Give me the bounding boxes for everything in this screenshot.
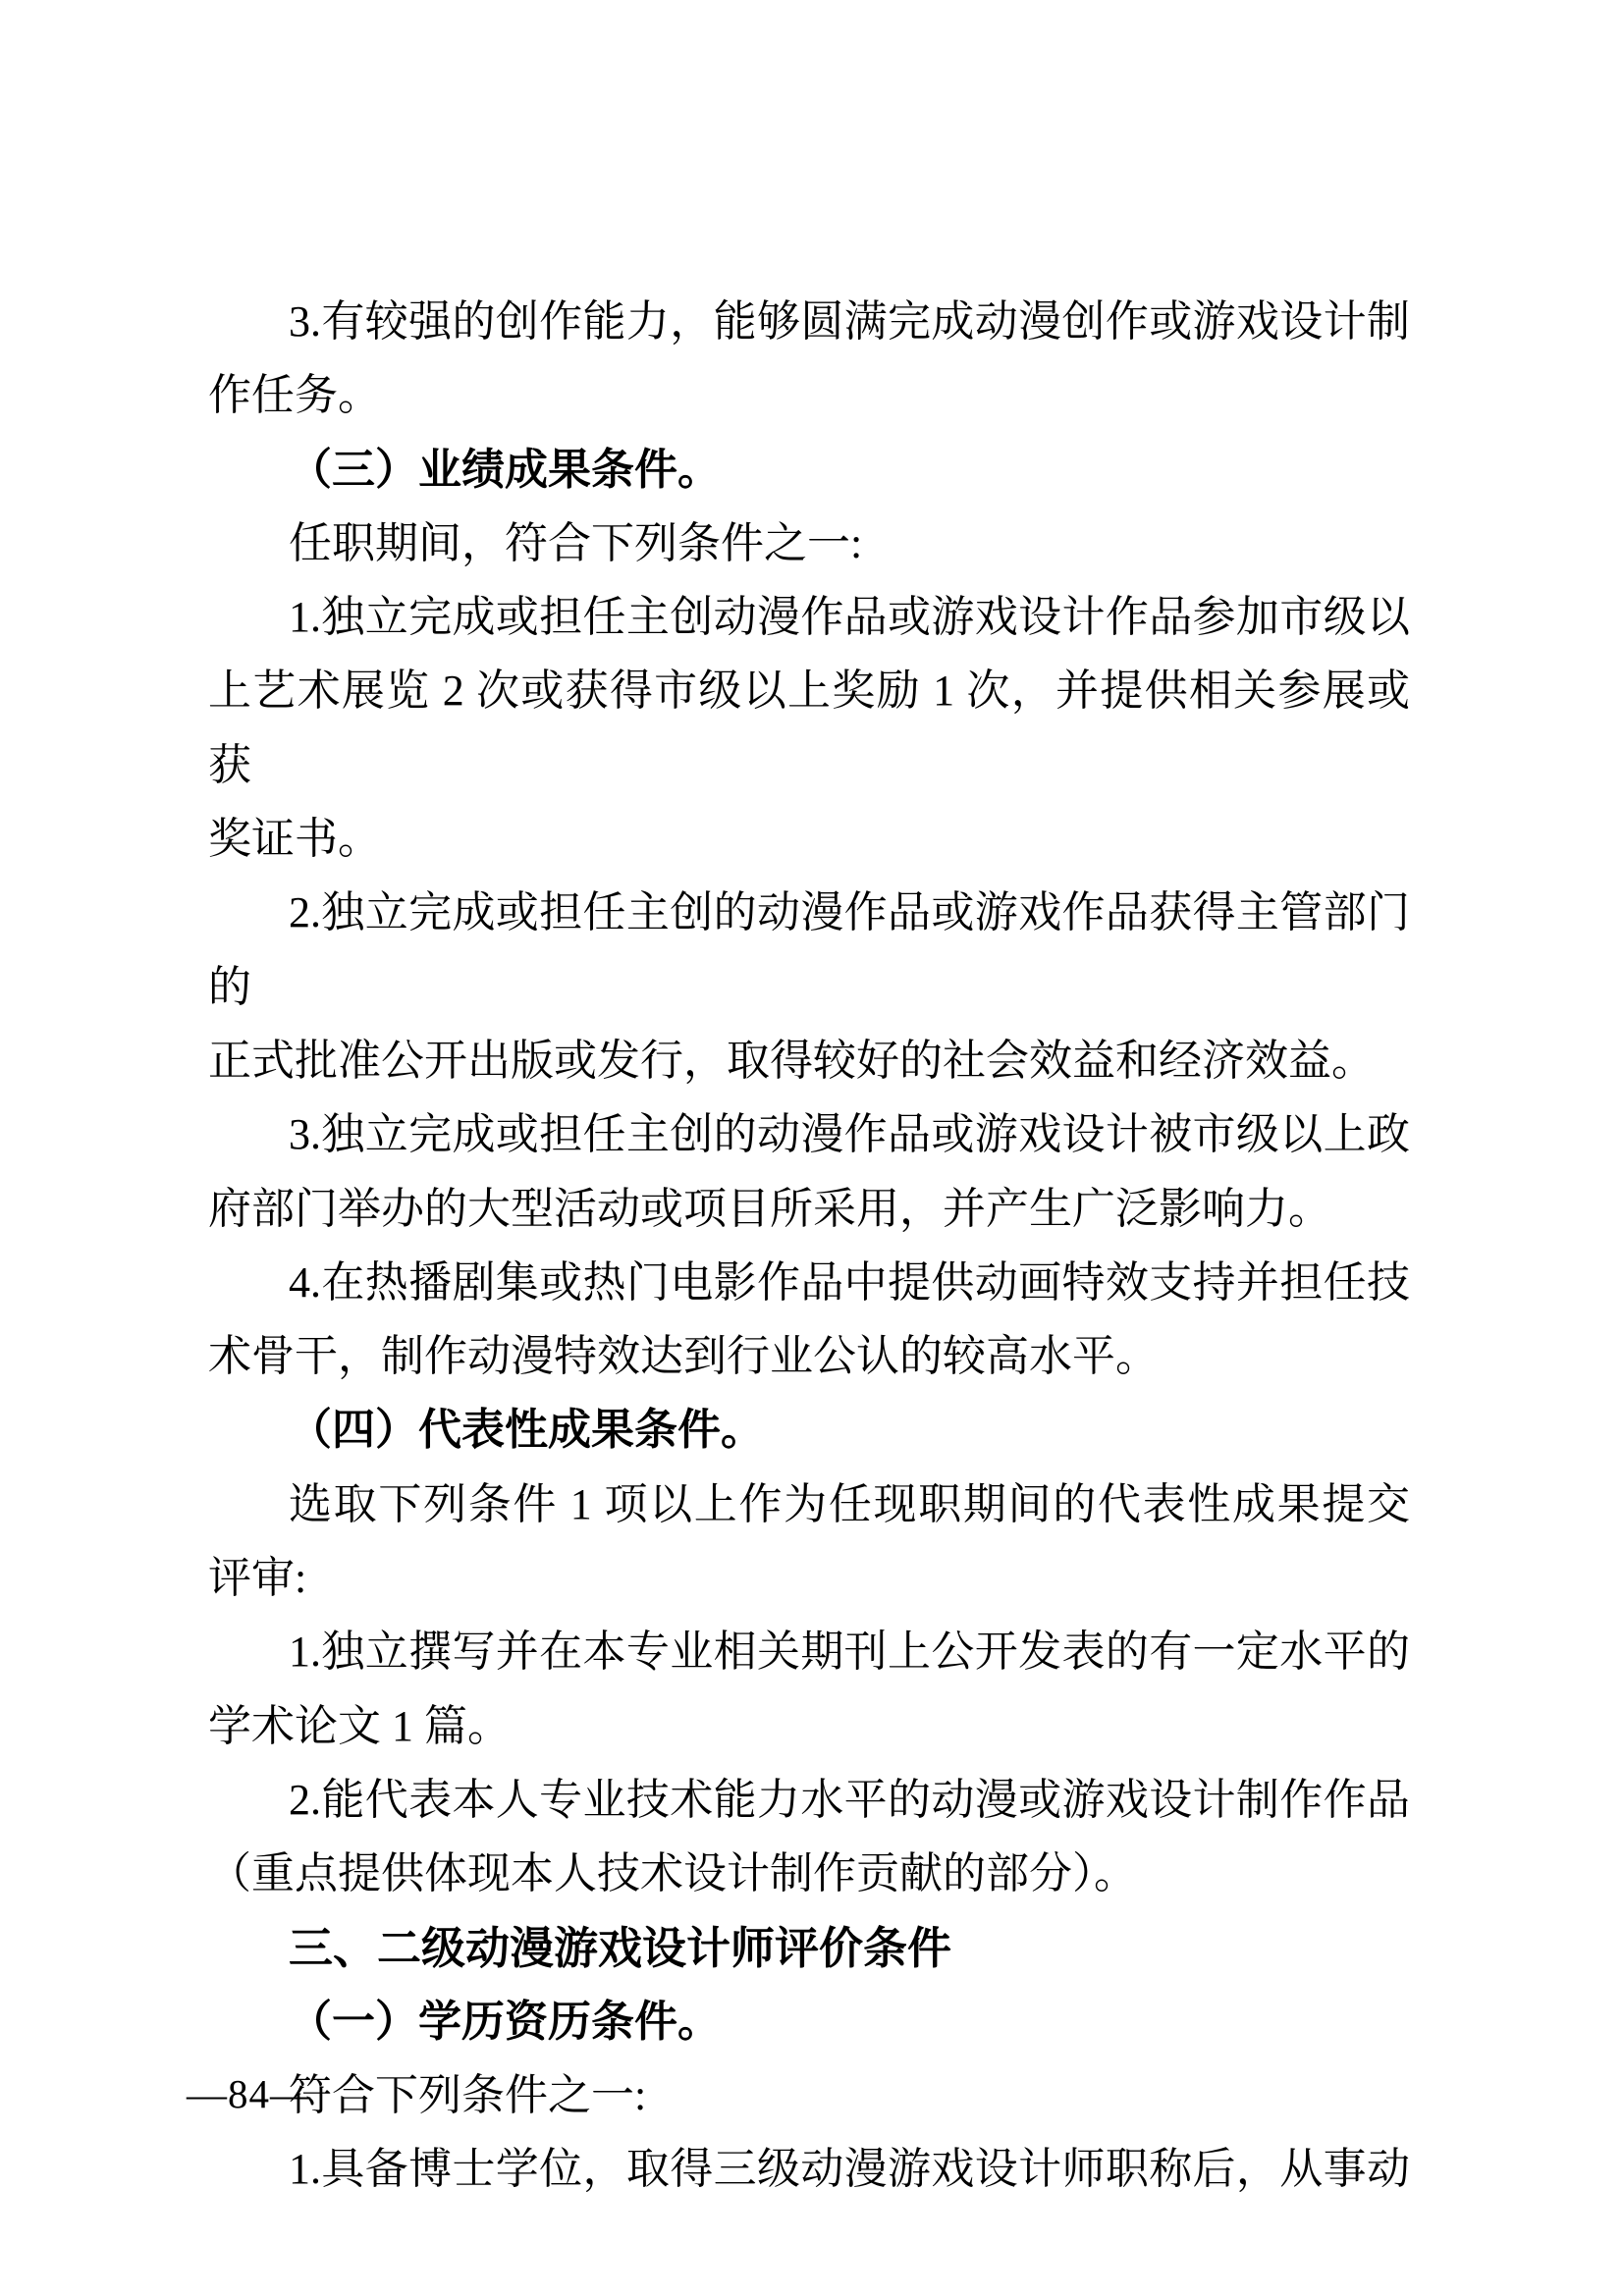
body-line: 1.独立完成或担任主创动漫作品或游戏设计作品参加市级以: [208, 580, 1410, 654]
body-line: 作任务。: [208, 358, 1410, 432]
body-line: 3.有较强的创作能力，能够圆满完成动漫创作或游戏设计制: [208, 285, 1410, 358]
heading-section-4: （四）代表性成果条件。: [208, 1393, 1410, 1467]
body-line: 学术论文 1 篇。: [208, 1689, 1410, 1763]
heading-section-1: （一）学历资历条件。: [208, 1985, 1410, 2058]
body-line: 符合下列条件之一:: [208, 2058, 1410, 2132]
heading-chapter-3: 三、二级动漫游戏设计师评价条件: [208, 1911, 1410, 1985]
heading-section-3: （三）业绩成果条件。: [208, 433, 1410, 507]
body-line: （重点提供体现本人技术设计制作贡献的部分）。: [208, 1837, 1410, 1910]
body-line: 2.能代表本人专业技术能力水平的动漫或游戏设计制作作品: [208, 1763, 1410, 1837]
body-line: 上艺术展览 2 次或获得市级以上奖励 1 次，并提供相关参展或获: [208, 654, 1410, 802]
body-line: 1.独立撰写并在本专业相关期刊上公开发表的有一定水平的: [208, 1615, 1410, 1688]
body-line: 任职期间，符合下列条件之一:: [208, 507, 1410, 580]
body-line: 3.独立完成或担任主创的动漫作品或游戏设计被市级以上政: [208, 1097, 1410, 1171]
document-body: 3.有较强的创作能力，能够圆满完成动漫创作或游戏设计制 作任务。 （三）业绩成果…: [208, 285, 1410, 2207]
page-number: —84—: [187, 2071, 311, 2116]
body-line: 术骨干，制作动漫特效达到行业公认的较高水平。: [208, 1319, 1410, 1393]
body-line: 4.在热播剧集或热门电影作品中提供动画特效支持并担任技: [208, 1246, 1410, 1319]
body-line: 府部门举办的大型活动或项目所采用，并产生广泛影响力。: [208, 1172, 1410, 1246]
body-line: 正式批准公开出版或发行，取得较好的社会效益和经济效益。: [208, 1024, 1410, 1097]
body-line: 选取下列条件 1 项以上作为任现职期间的代表性成果提交评审:: [208, 1468, 1410, 1616]
body-line: 2.独立完成或担任主创的动漫作品或游戏作品获得主管部门的: [208, 876, 1410, 1024]
body-line: 1.具备博士学位，取得三级动漫游戏设计师职称后，从事动: [208, 2132, 1410, 2206]
body-line: 奖证书。: [208, 802, 1410, 876]
document-page: 3.有较强的创作能力，能够圆满完成动漫创作或游戏设计制 作任务。 （三）业绩成果…: [0, 0, 1623, 2296]
